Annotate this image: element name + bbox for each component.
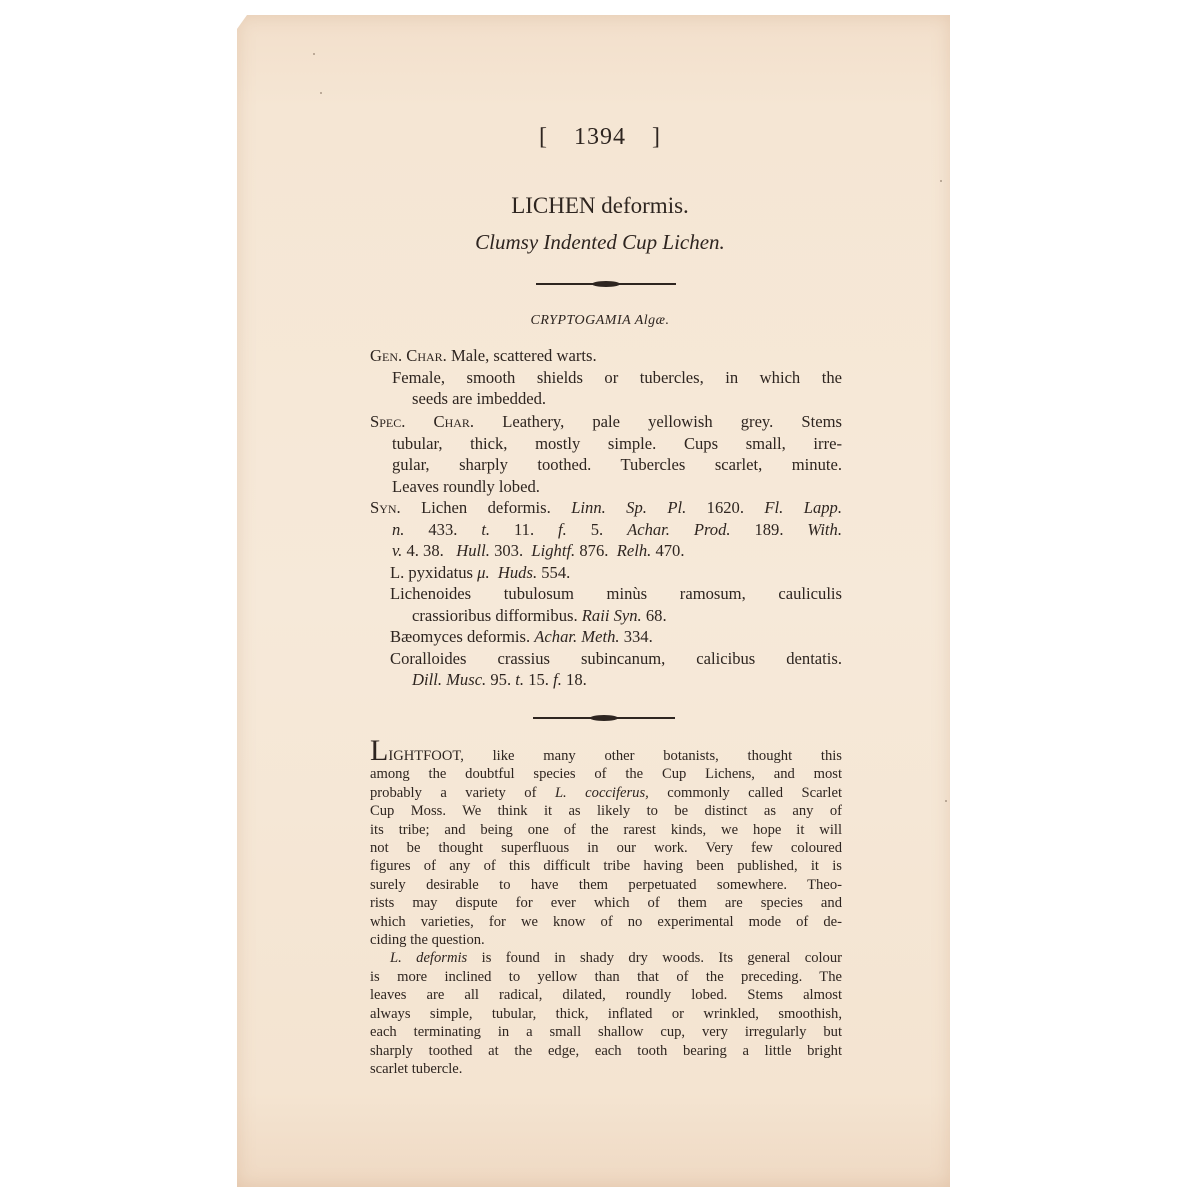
drop-cap: L: [370, 734, 388, 767]
common-name: Clumsy Indented Cup Lichen.: [0, 230, 1200, 255]
paper-speck: [320, 92, 322, 94]
syn-baeomyces: Bæomyces deformis. Achar. Meth. 334.: [370, 626, 842, 648]
syn-pyxidatus: L. pyxidatus μ. Huds. 554.: [370, 562, 842, 584]
description-text: LIGHTFOOT, like many other botanists, th…: [370, 742, 842, 1078]
paragraph-1-first-line: LIGHTFOOT, like many other botanists, th…: [370, 742, 842, 765]
generic-character: Gen. Char. Male, scattered warts. Female…: [370, 345, 842, 410]
species-title: LICHEN deformis.: [0, 193, 1200, 219]
spec-char-label: Spec. Char.: [370, 412, 474, 431]
page-number: [1394]: [0, 124, 1200, 151]
syn-label: Syn.: [370, 498, 401, 517]
paper-speck: [940, 180, 942, 182]
folio-number: 1394: [574, 124, 626, 150]
syn-lichenoides: Lichenoides tubulosum minùs ramosum, cau…: [370, 583, 842, 605]
specific-character: Spec. Char. Leathery, pale yellowish gre…: [370, 411, 842, 497]
ornamental-rule-middle: [533, 716, 675, 720]
paper-speck: [945, 800, 947, 802]
species-name: deformis.: [601, 193, 689, 218]
genus-name: LICHEN: [511, 193, 595, 218]
classification: CRYPTOGAMIA Algæ.: [0, 313, 1200, 329]
synonymy: Syn. Lichen deformis. Linn. Sp. Pl. 1620…: [370, 497, 842, 691]
syn-coralloides: Coralloides crassius subincanum, calicib…: [370, 648, 842, 670]
paper-speck: [313, 53, 315, 55]
paragraph-2-first-line: L. deformis is found in shady dry woods.…: [370, 949, 842, 967]
gen-char-label: Gen. Char.: [370, 346, 447, 365]
ornamental-rule-top: [536, 282, 676, 286]
